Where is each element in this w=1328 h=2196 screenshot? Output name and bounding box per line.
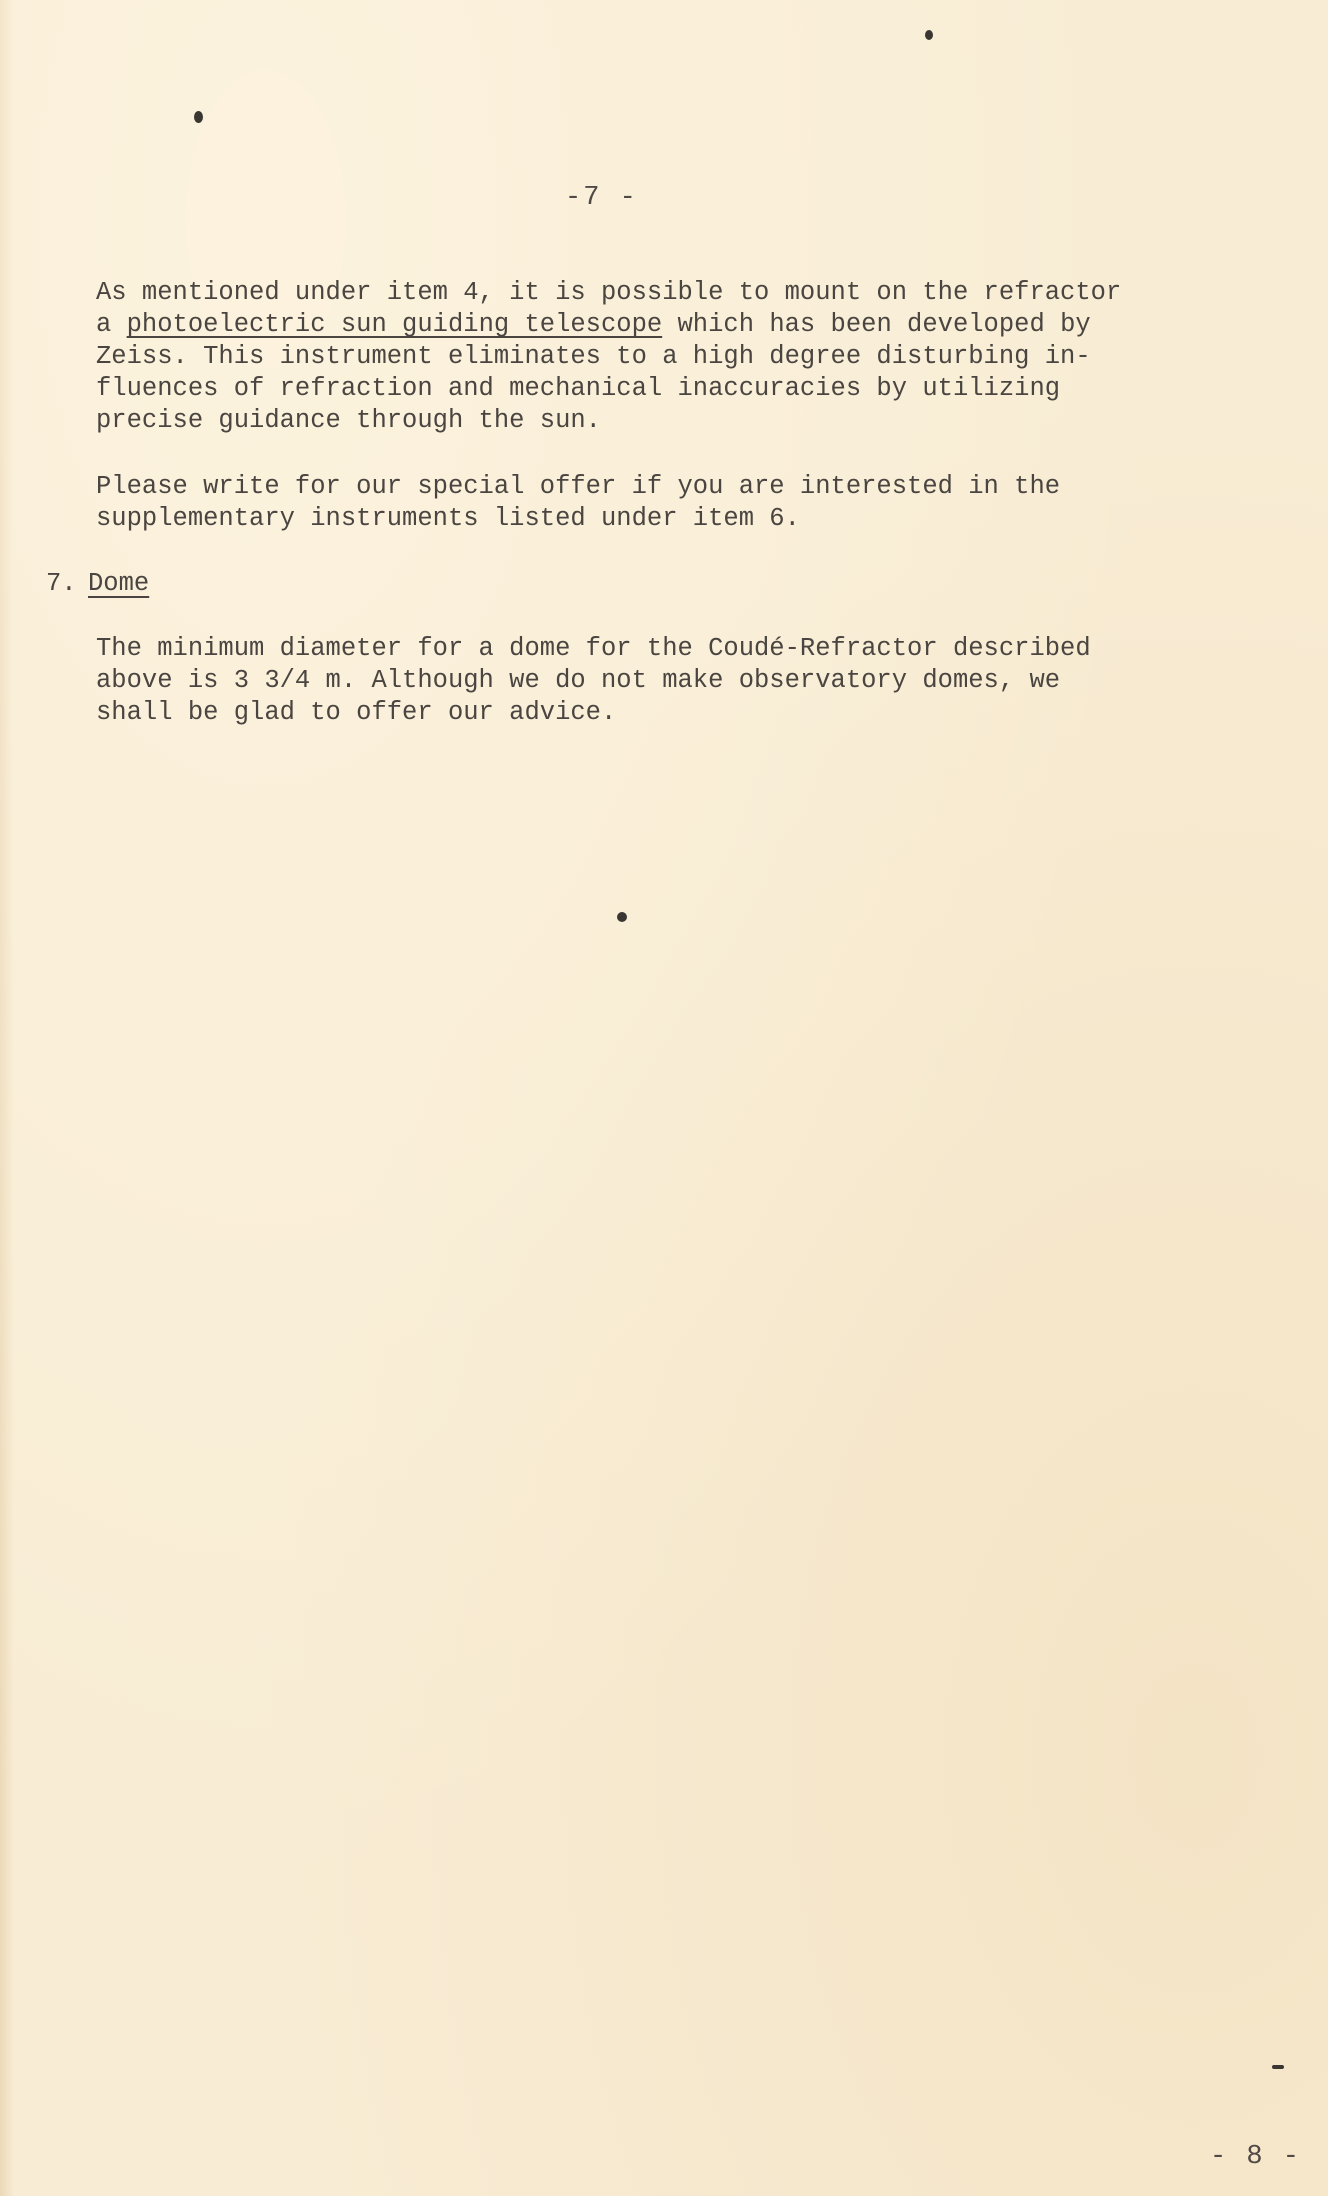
section-number: 7. — [46, 568, 88, 600]
section-title: Dome — [88, 569, 149, 598]
speck-mark — [925, 30, 933, 40]
speck-mark — [194, 111, 203, 123]
text-line: precise guidance through the sun. — [96, 405, 601, 437]
section-heading-dome: 7.Dome — [46, 568, 149, 600]
text-fragment: which has been developed by — [662, 310, 1090, 339]
text-line: above is 3 3/4 m. Although we do not mak… — [96, 665, 1060, 697]
speck-mark — [1272, 2065, 1284, 2069]
speck-mark — [617, 912, 627, 922]
text-line: shall be glad to offer our advice. — [96, 697, 616, 729]
text-line: fluences of refraction and mechanical in… — [96, 373, 1060, 405]
text-line: The minimum diameter for a dome for the … — [96, 633, 1091, 665]
text-fragment: a — [96, 310, 127, 339]
page-number-header: -7 - — [565, 183, 638, 213]
text-line: supplementary instruments listed under i… — [96, 503, 800, 535]
text-line: Please write for our special offer if yo… — [96, 471, 1060, 503]
text-line: a photoelectric sun guiding telescope wh… — [96, 309, 1091, 341]
text-line: As mentioned under item 4, it is possibl… — [96, 277, 1121, 309]
page-number-footer: - 8 - — [1210, 2142, 1301, 2172]
text-line: Zeiss. This instrument eliminates to a h… — [96, 341, 1091, 373]
underlined-term: photoelectric sun guiding telescope — [127, 310, 663, 339]
